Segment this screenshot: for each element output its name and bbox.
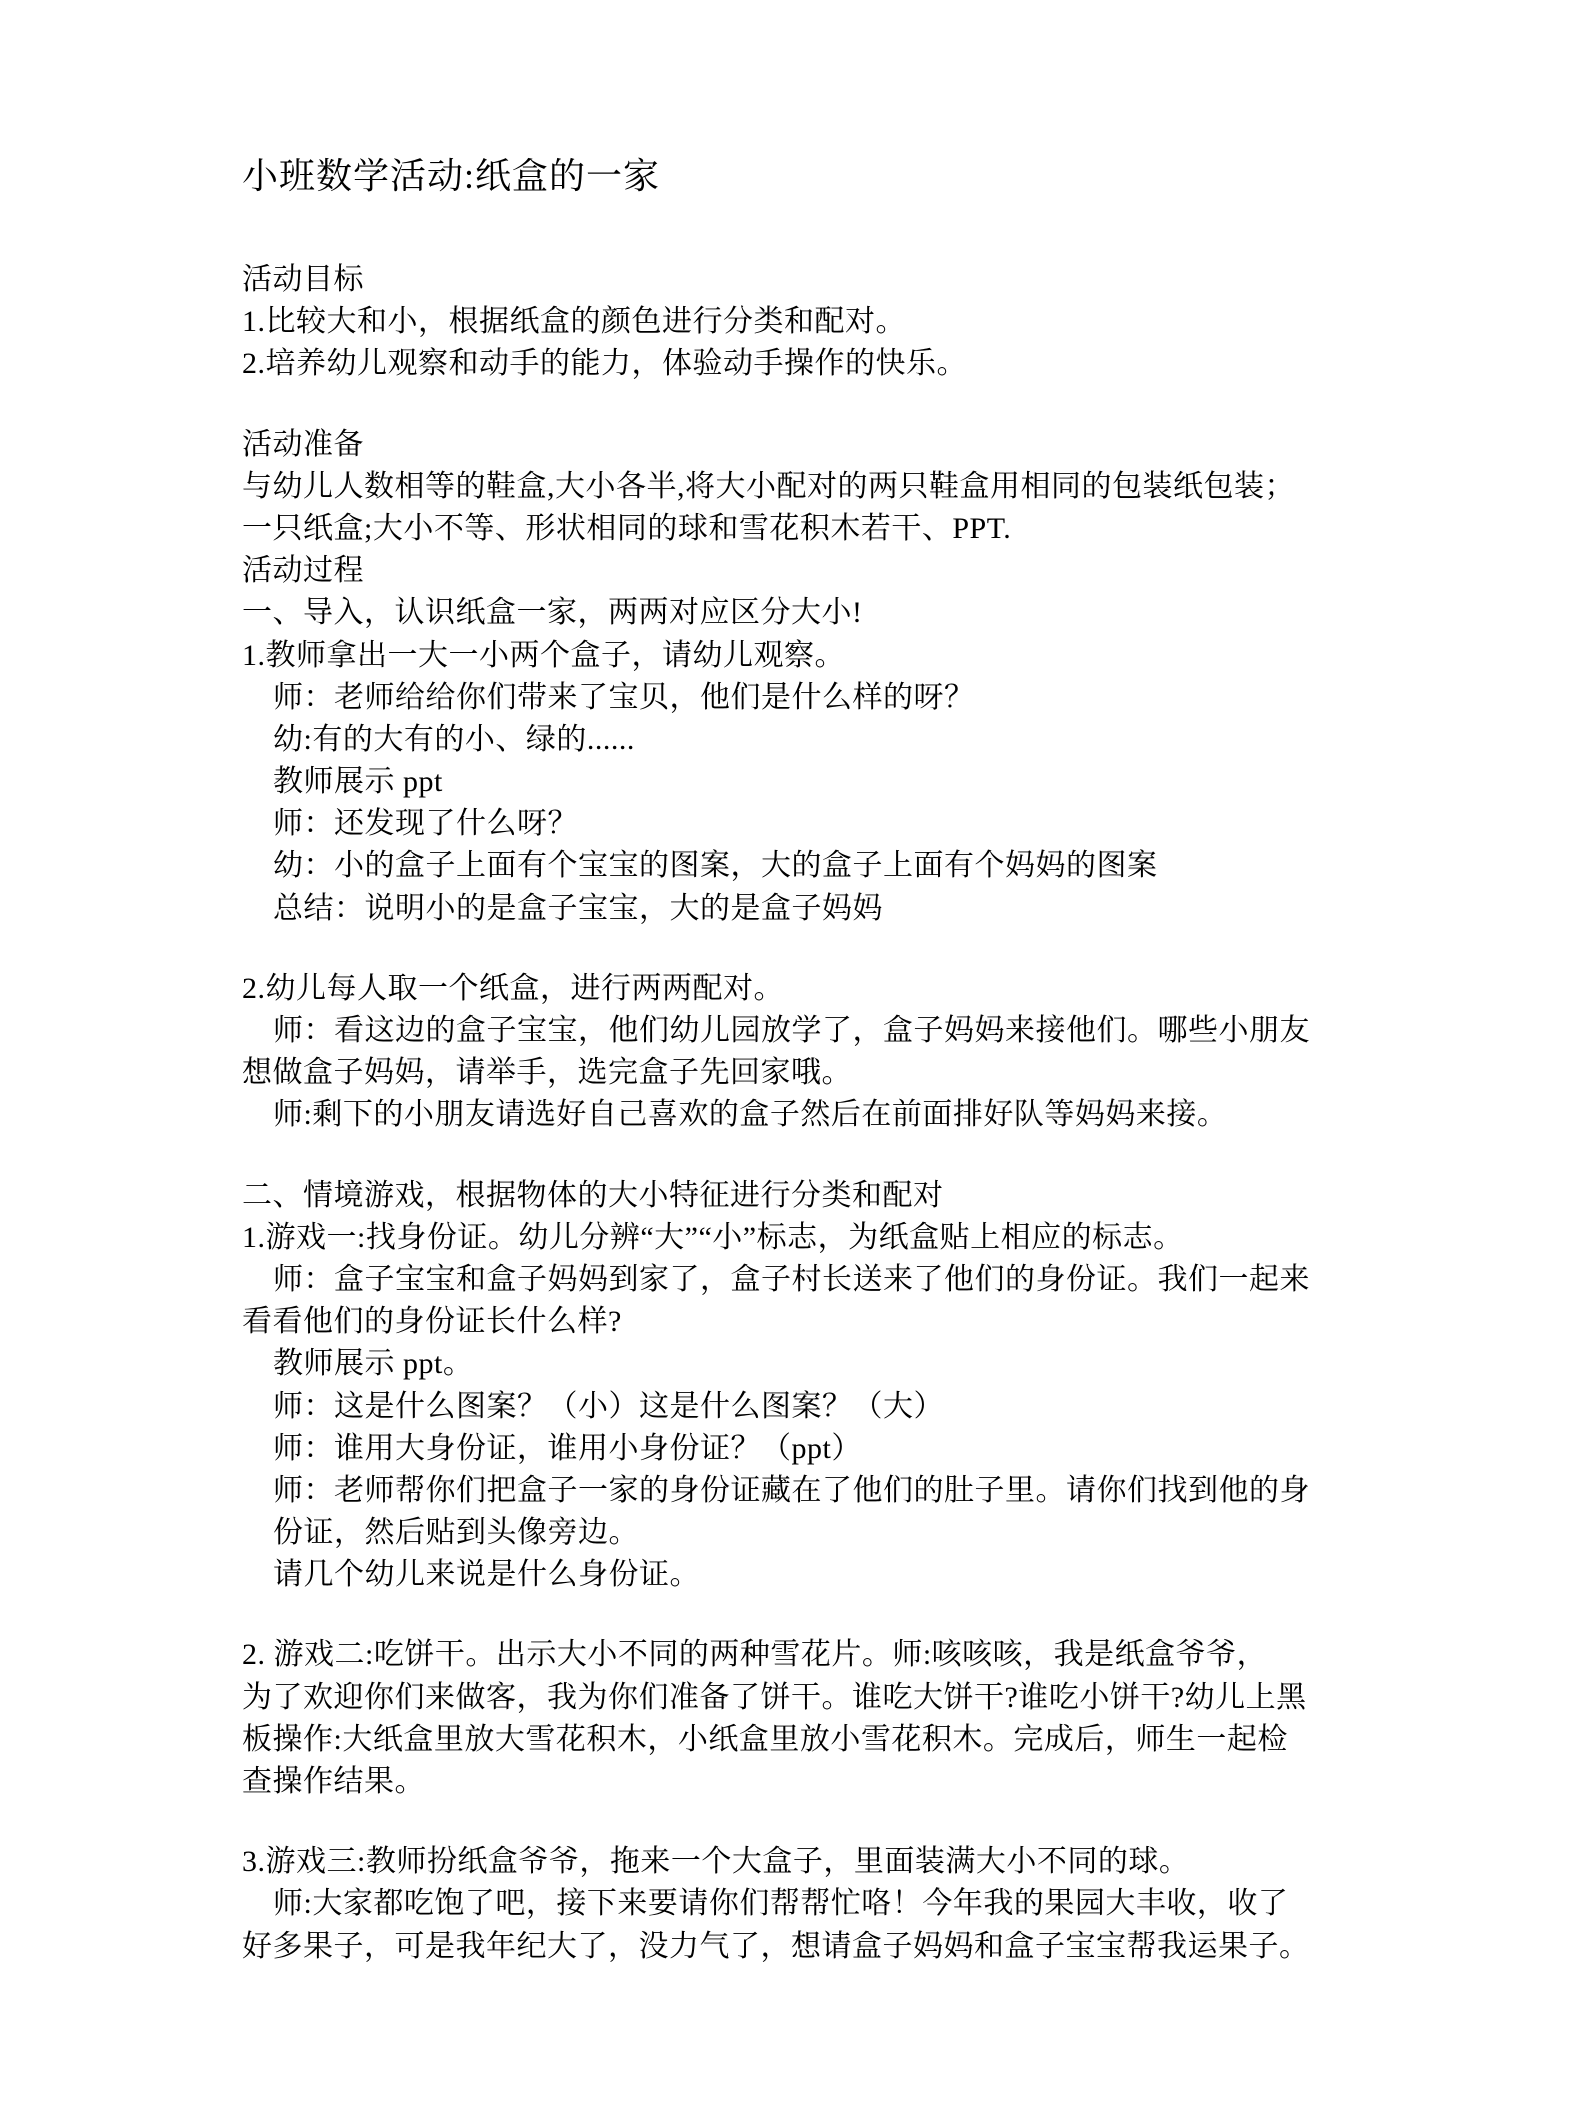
text-line: 一、导入，认识纸盒一家，两两对应区分大小! <box>242 592 1422 634</box>
document-content: 小班数学活动:纸盒的一家 活动目标1.比较大和小，根据纸盒的颜色进行分类和配对。… <box>242 153 1422 1968</box>
text-line: 请几个幼儿来说是什么身份证。 <box>242 1554 1422 1596</box>
text-line: 幼：小的盒子上面有个宝宝的图案，大的盒子上面有个妈妈的图案 <box>242 845 1422 887</box>
blank-line <box>242 930 1422 968</box>
text-line: 查操作结果。 <box>242 1761 1422 1803</box>
text-line: 师：谁用大身份证，谁用小身份证？（ppt） <box>242 1428 1422 1470</box>
blank-line <box>242 386 1422 424</box>
text-line: 2. 游戏二:吃饼干。出示大小不同的两种雪花片。师:咳咳咳，我是纸盒爷爷， <box>242 1634 1422 1676</box>
text-line: 为了欢迎你们来做客，我为你们准备了饼干。谁吃大饼干?谁吃小饼干?幼儿上黑 <box>242 1677 1422 1719</box>
text-line: 总结：说明小的是盒子宝宝，大的是盒子妈妈 <box>242 888 1422 930</box>
blank-line <box>242 1596 1422 1634</box>
text-line: 二、情境游戏，根据物体的大小特征进行分类和配对 <box>242 1175 1422 1217</box>
document-title: 小班数学活动:纸盒的一家 <box>242 153 1422 199</box>
text-line: 师：这是什么图案？（小）这是什么图案？（大） <box>242 1386 1422 1428</box>
text-line: 2.幼儿每人取一个纸盒，进行两两配对。 <box>242 968 1422 1010</box>
text-line: 师：看这边的盒子宝宝，他们幼儿园放学了，盒子妈妈来接他们。哪些小朋友 <box>242 1010 1422 1052</box>
text-line: 活动目标 <box>242 259 1422 301</box>
document-body: 活动目标1.比较大和小，根据纸盒的颜色进行分类和配对。2.培养幼儿观察和动手的能… <box>242 259 1422 1968</box>
text-line: 想做盒子妈妈，请举手，选完盒子先回家哦。 <box>242 1052 1422 1094</box>
text-line: 板操作:大纸盒里放大雪花积木，小纸盒里放小雪花积木。完成后，师生一起检 <box>242 1719 1422 1761</box>
blank-line <box>242 1803 1422 1841</box>
text-line: 师：老师帮你们把盒子一家的身份证藏在了他们的肚子里。请你们找到他的身 <box>242 1470 1422 1512</box>
text-line: 好多果子，可是我年纪大了，没力气了，想请盒子妈妈和盒子宝宝帮我运果子。 <box>242 1926 1422 1968</box>
title-gap <box>242 199 1422 259</box>
text-line: 活动准备 <box>242 424 1422 466</box>
text-line: 看看他们的身份证长什么样? <box>242 1301 1422 1343</box>
text-line: 2.培养幼儿观察和动手的能力，体验动手操作的快乐。 <box>242 343 1422 385</box>
text-line: 教师展示 ppt。 <box>242 1343 1422 1385</box>
text-line: 与幼儿人数相等的鞋盒,大小各半,将大小配对的两只鞋盒用相同的包装纸包装； <box>242 466 1422 508</box>
blank-line <box>242 1137 1422 1175</box>
text-line: 师:大家都吃饱了吧，接下来要请你们帮帮忙咯！今年我的果园大丰收，收了 <box>242 1883 1422 1925</box>
text-line: 份证，然后贴到头像旁边。 <box>242 1512 1422 1554</box>
text-line: 幼:有的大有的小、绿的...... <box>242 719 1422 761</box>
text-line: 3.游戏三:教师扮纸盒爷爷，拖来一个大盒子，里面装满大小不同的球。 <box>242 1841 1422 1883</box>
text-line: 教师展示 ppt <box>242 761 1422 803</box>
text-line: 师：盒子宝宝和盒子妈妈到家了，盒子村长送来了他们的身份证。我们一起来 <box>242 1259 1422 1301</box>
text-line: 1.比较大和小，根据纸盒的颜色进行分类和配对。 <box>242 301 1422 343</box>
text-line: 一只纸盒;大小不等、形状相同的球和雪花积木若干、PPT. <box>242 508 1422 550</box>
text-line: 师:剩下的小朋友请选好自己喜欢的盒子然后在前面排好队等妈妈来接。 <box>242 1094 1422 1136</box>
text-line: 1.游戏一:找身份证。幼儿分辨“大”“小”标志，为纸盒贴上相应的标志。 <box>242 1217 1422 1259</box>
text-line: 师：还发现了什么呀？ <box>242 803 1422 845</box>
text-line: 师：老师给给你们带来了宝贝，他们是什么样的呀？ <box>242 677 1422 719</box>
text-line: 活动过程 <box>242 550 1422 592</box>
text-line: 1.教师拿出一大一小两个盒子，请幼儿观察。 <box>242 635 1422 677</box>
document-page: 小班数学活动:纸盒的一家 活动目标1.比较大和小，根据纸盒的颜色进行分类和配对。… <box>0 0 1587 2120</box>
